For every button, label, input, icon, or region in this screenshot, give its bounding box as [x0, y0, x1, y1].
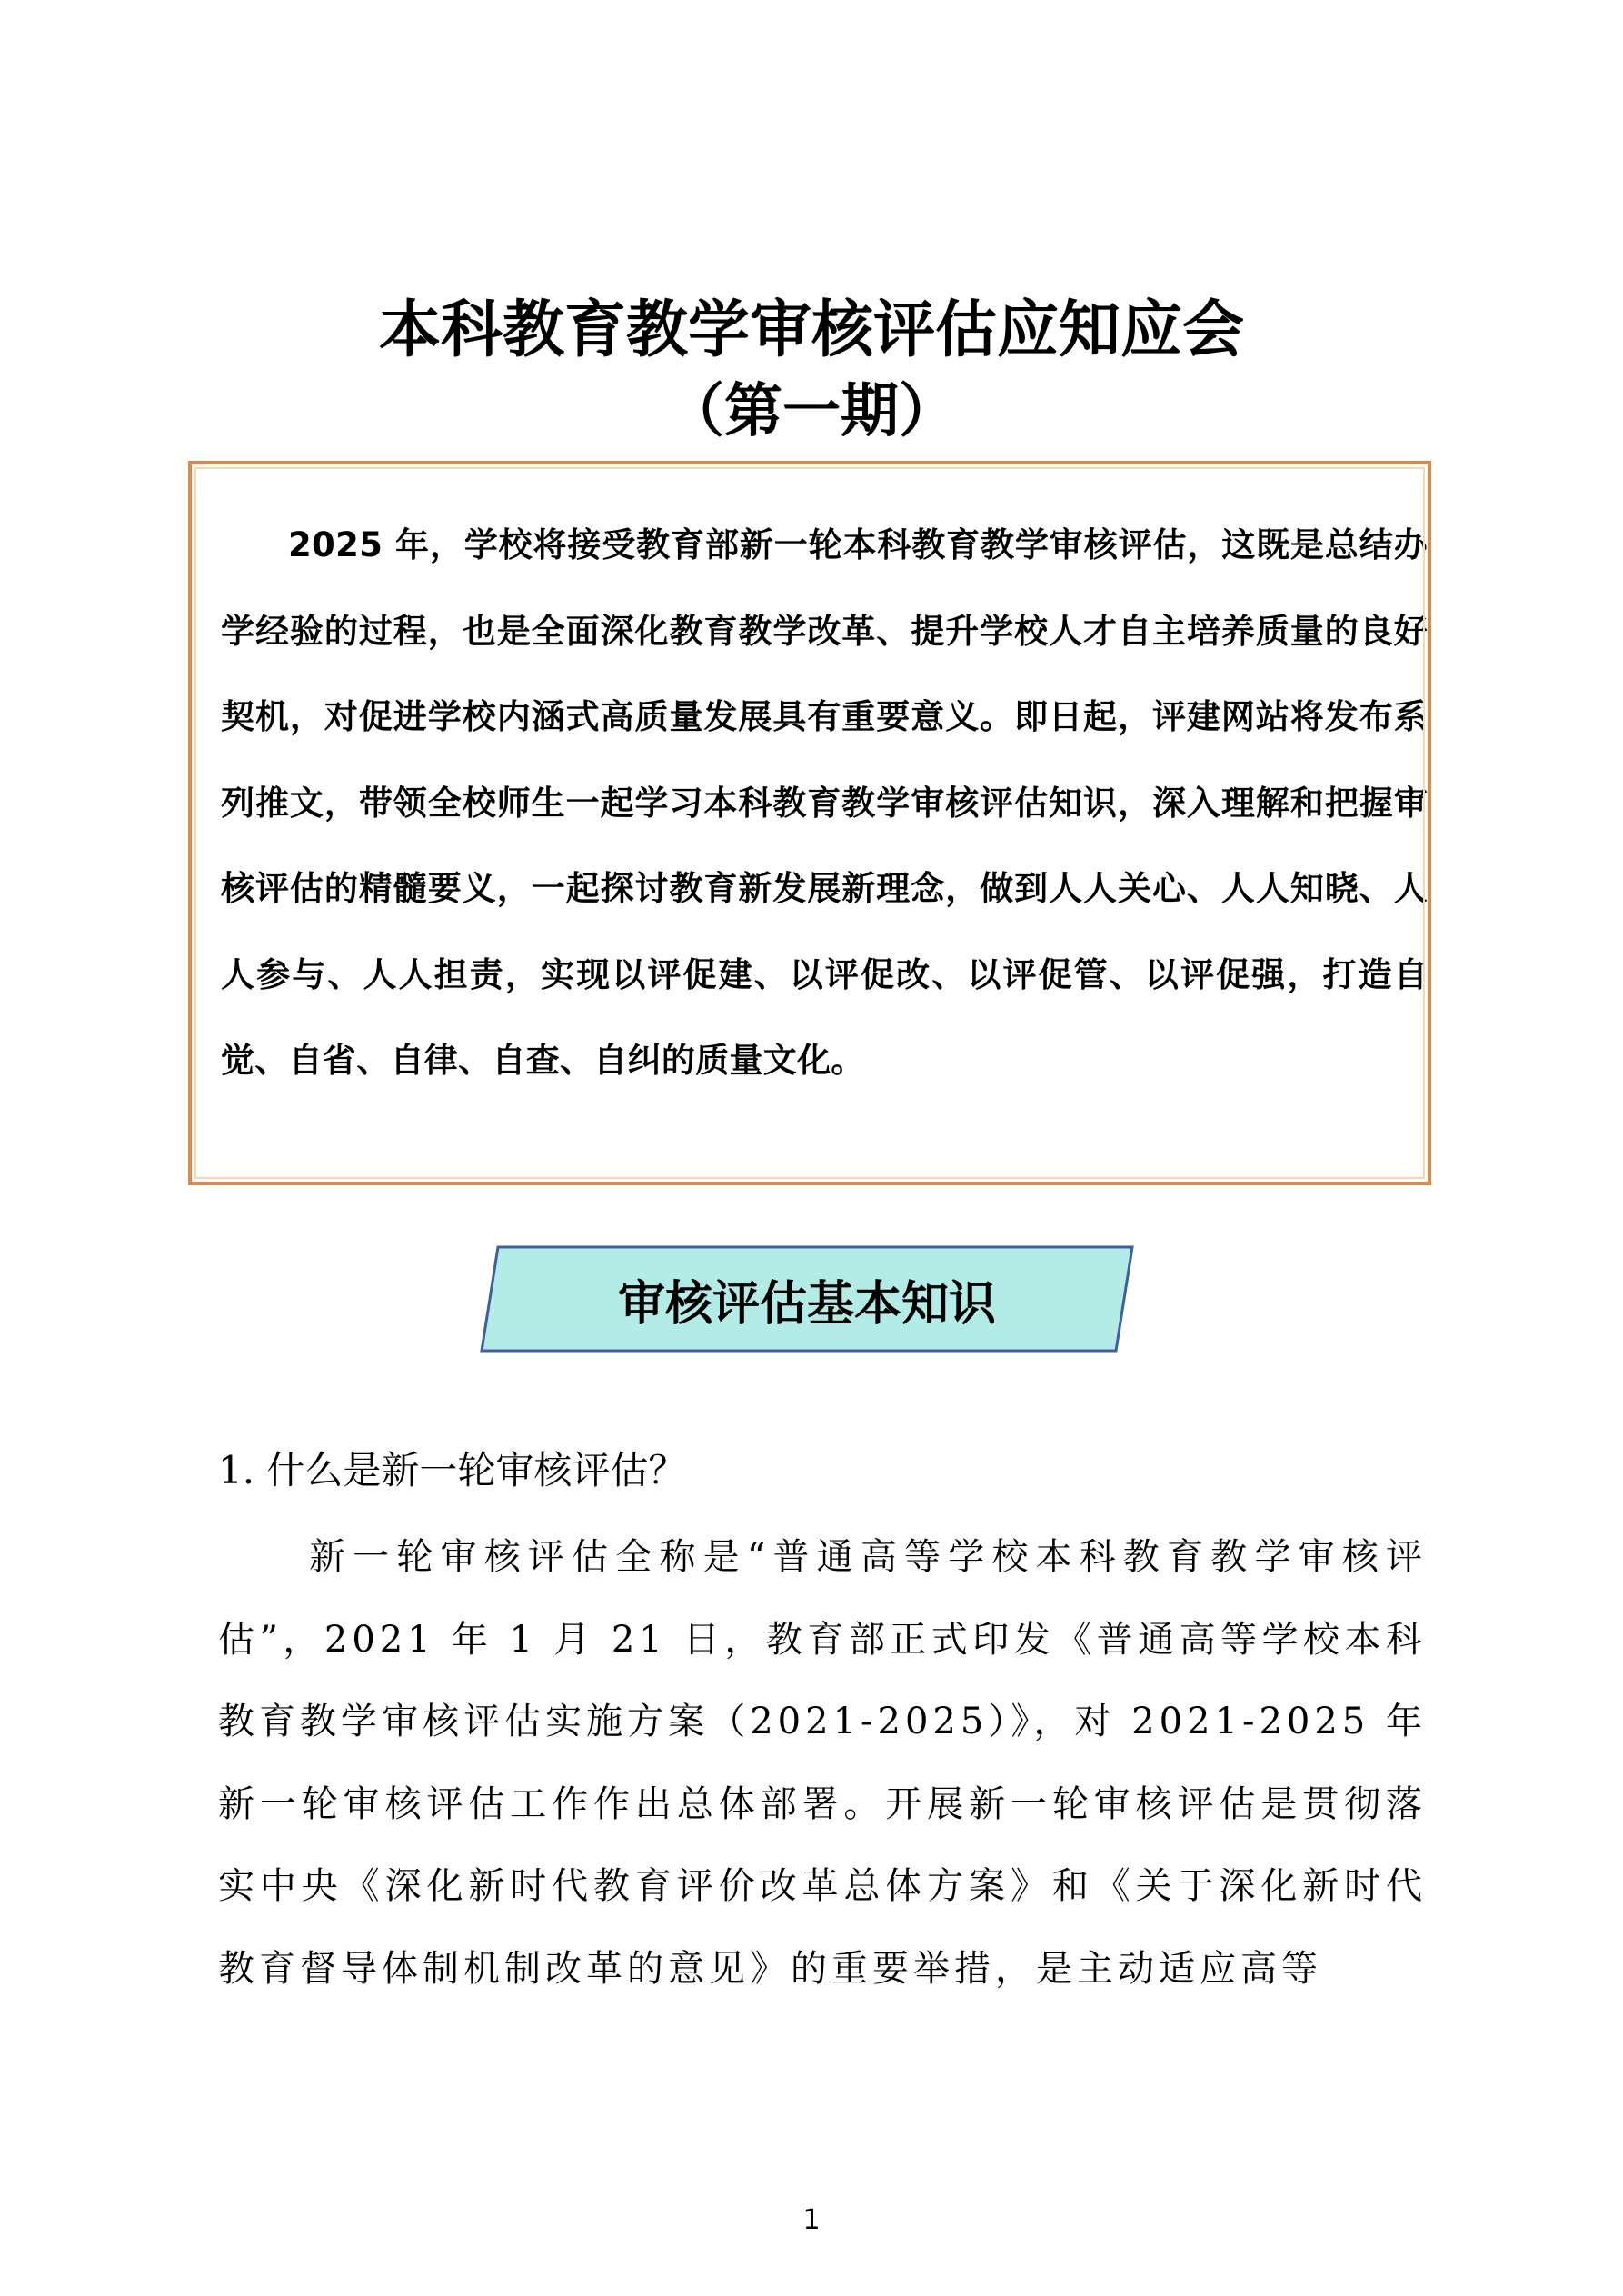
document-page: 本科教育教学审核评估应知应会 （第一期） 2025 年，学校将接受教育部新一轮本… [0, 0, 1623, 2296]
question-1-body: 新一轮审核评估全称是“普通高等学校本科教育教学审核评估”，2021 年 1 月 … [218, 1516, 1427, 2010]
page-number: 1 [0, 2204, 1623, 2236]
question-1-heading: 1. 什么是新一轮审核评估？ [218, 1443, 686, 1498]
document-issue-subtitle: （第一期） [0, 371, 1623, 453]
intro-box: 2025 年，学校将接受教育部新一轮本科教育教学审核评估，这既是总结办学经验的过… [188, 461, 1431, 1185]
section-banner-title: 审核评估基本知识 [480, 1245, 1134, 1353]
section-banner: 审核评估基本知识 [480, 1245, 1134, 1353]
document-title: 本科教育教学审核评估应知应会 [0, 289, 1623, 371]
intro-paragraph: 2025 年，学校将接受教育部新一轮本科教育教学审核评估，这既是总结办学经验的过… [221, 503, 1428, 1104]
